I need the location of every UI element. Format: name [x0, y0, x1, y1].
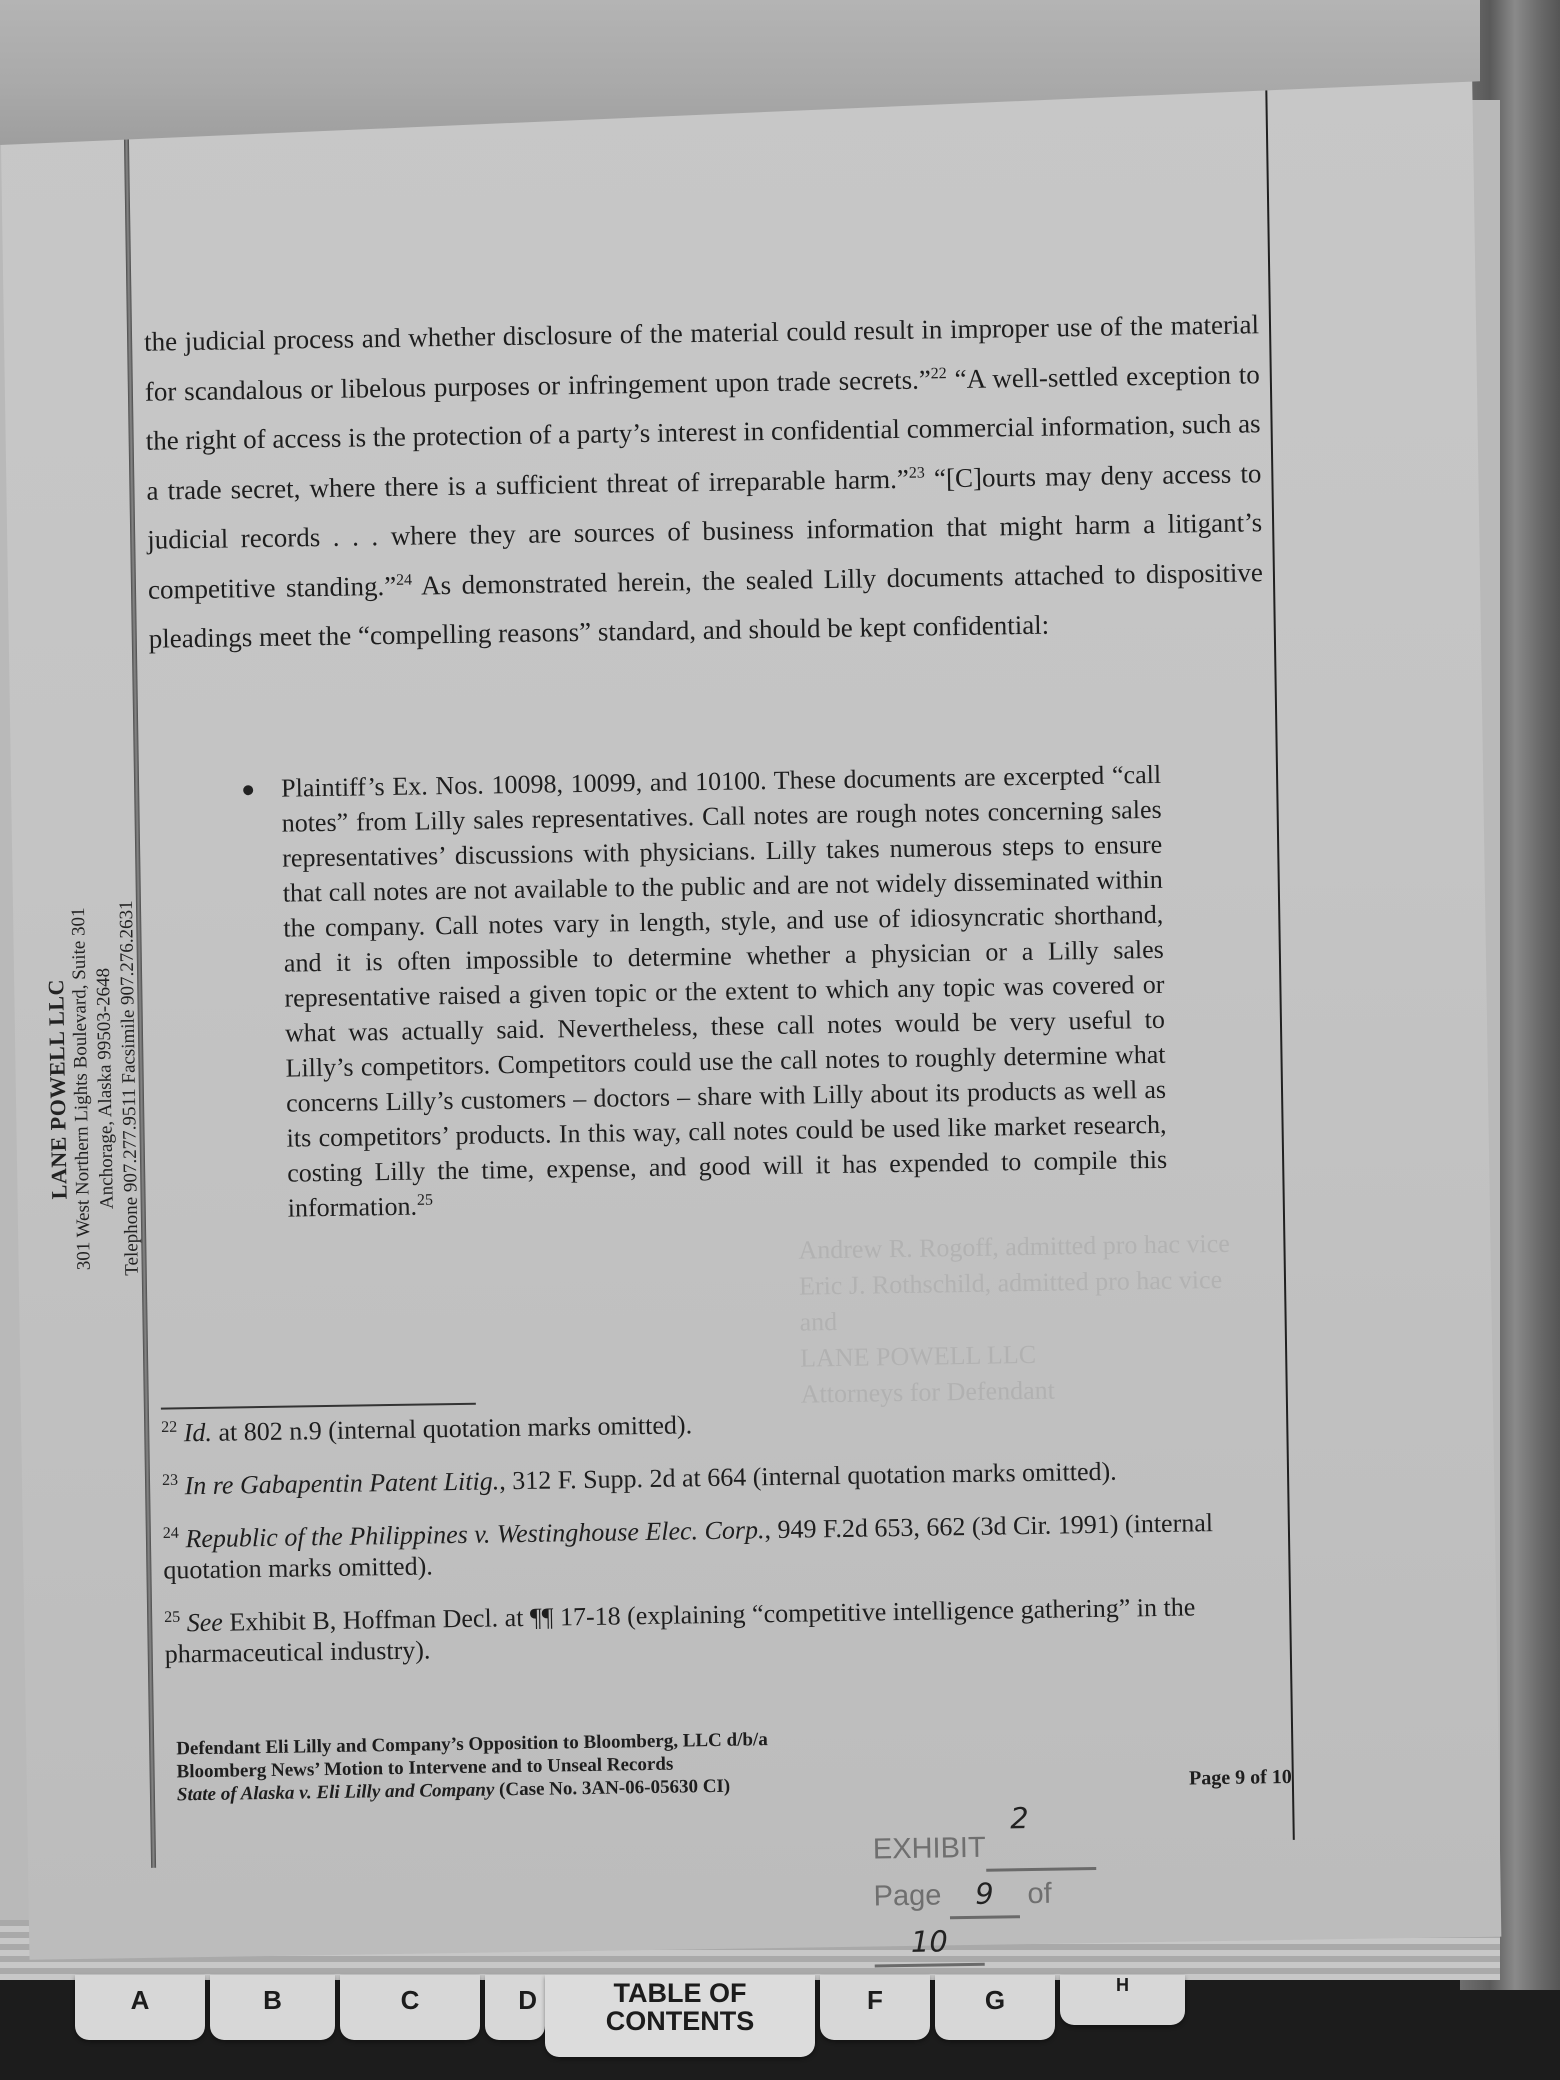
footnote-25: 25 See Exhibit B, Hoffman Decl. at ¶¶ 17… [164, 1590, 1290, 1670]
tab-b[interactable]: B [210, 1975, 335, 2040]
letterhead-sidebar: LANE POWELL LLC 301 West Northern Lights… [42, 858, 149, 1320]
tab-c[interactable]: C [340, 1975, 480, 2040]
footnote-divider [161, 1403, 476, 1410]
photo-scene: Andrew R. Rogoff, admitted pro hac viceE… [0, 0, 1560, 2080]
tab-a[interactable]: A [75, 1975, 205, 2040]
tab-g[interactable]: G [935, 1975, 1055, 2040]
show-through-text: Andrew R. Rogoff, admitted pro hac viceE… [798, 1225, 1261, 1412]
exhibit-number-field: 2 [985, 1823, 1096, 1872]
footnote-23: 23 In re Gabapentin Patent Litig., 312 F… [162, 1453, 1287, 1502]
tab-h[interactable]: H [1060, 1975, 1185, 2025]
footnote-ref: 24 [396, 571, 412, 588]
tab-d[interactable]: D [485, 1975, 545, 2040]
divider-tabs: A B C D TABLE OF CONTENTS F G H [0, 1975, 1560, 2080]
document-page: Andrew R. Rogoff, admitted pro hac viceE… [0, 57, 1501, 1960]
exhibit-page-field: 9 [949, 1871, 1020, 1919]
tab-table-of-contents[interactable]: TABLE OF CONTENTS [545, 1975, 815, 2057]
footnote-22: 22 Id. at 802 n.9 (internal quotation ma… [161, 1400, 1286, 1449]
document-footer: Defendant Eli Lilly and Company’s Opposi… [176, 1720, 1292, 1807]
bullet-icon [243, 785, 253, 795]
footnotes: 22 Id. at 802 n.9 (internal quotation ma… [161, 1400, 1290, 1692]
footnote-ref: 22 [931, 365, 947, 382]
body-paragraph: the judicial process and whether disclos… [144, 300, 1264, 664]
bullet-item: Plaintiff’s Ex. Nos. 10098, 10099, and 1… [281, 757, 1168, 1226]
footnote-ref: 25 [417, 1192, 433, 1209]
page-number: Page 9 of 10 [1189, 1766, 1292, 1791]
tab-f[interactable]: F [820, 1975, 930, 2040]
footnote-ref: 23 [909, 464, 925, 481]
exhibit-stamp: EXHIBIT2 Page 9 of10 [873, 1822, 1155, 1967]
exhibit-total-field: 10 [874, 1919, 985, 1968]
footnote-24: 24 Republic of the Philippines v. Westin… [163, 1506, 1289, 1586]
